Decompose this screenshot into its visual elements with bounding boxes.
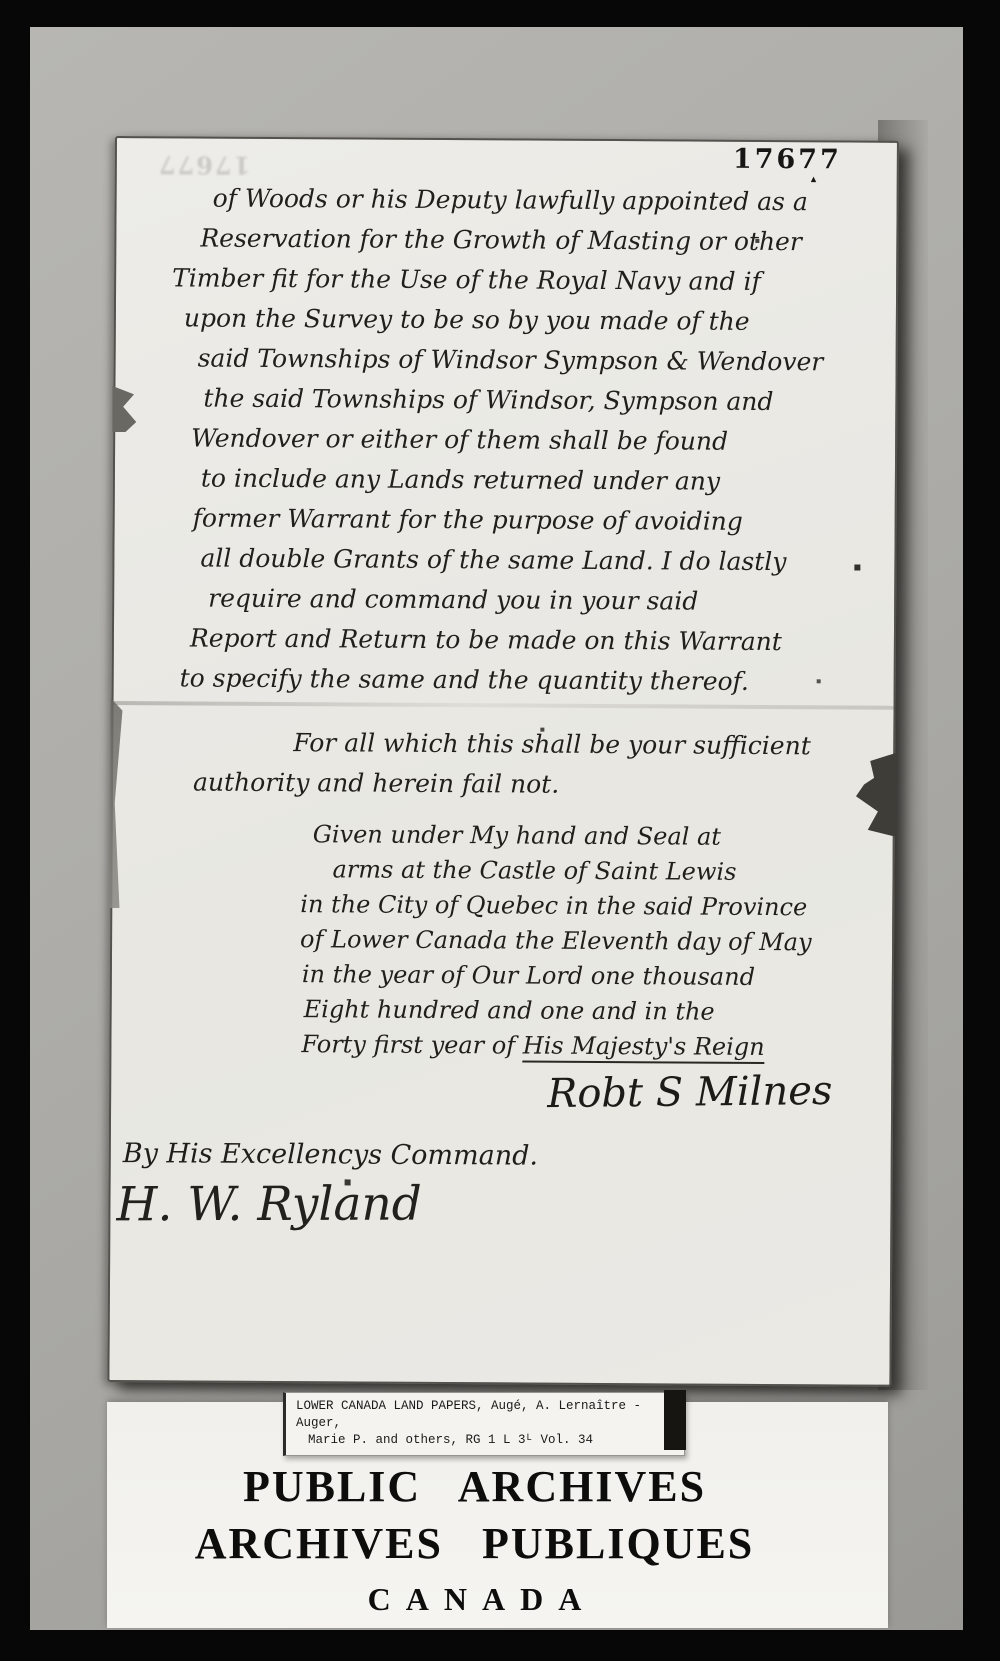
manuscript-page: 17677 17677 ▴ of Woods or his Deputy law… (107, 136, 899, 1387)
manuscript-closing-line: Forty first year of His Majesty's Reign (301, 1027, 861, 1065)
archival-photo: 17677 17677 ▴ of Woods or his Deputy law… (0, 0, 1000, 1661)
manuscript-line: in the City of Quebec in the said Provin… (300, 887, 862, 925)
governor-signature: Robt S Milnes (547, 1068, 833, 1117)
closing-prefix: Forty first year of (301, 1030, 522, 1059)
left-edge-tear (112, 386, 136, 432)
manuscript-line: said Townships of Windsor Sympson & Wend… (198, 339, 866, 383)
manuscript-line: the said Townships of Windsor, Sympson a… (203, 379, 865, 423)
ink-specks (117, 138, 119, 140)
command-line: By His Excellencys Command. (123, 1138, 538, 1172)
manuscript-line: in the year of Our Lord one thousand (302, 957, 862, 995)
manuscript-body: of Woods or his Deputy lawfully appointe… (193, 179, 866, 1066)
archives-title-en: PUBLIC ARCHIVES (107, 1458, 842, 1515)
manuscript-line: all double Grants of the same Land. I do… (200, 539, 864, 583)
catalog-label: LOWER CANADA LAND PAPERS, Augé, A. Lerna… (283, 1392, 685, 1456)
manuscript-line: Report and Return to be made on this War… (190, 618, 864, 662)
catalog-label-line: Marie P. and others, RG 1 L 3ᴸ Vol. 34 (296, 1432, 678, 1449)
manuscript-line: Timber fit for the Use of the Royal Navy… (172, 258, 866, 302)
catalog-label-line: LOWER CANADA LAND PAPERS, Augé, A. Lerna… (296, 1398, 678, 1432)
label-edge-mark (664, 1390, 686, 1450)
manuscript-line: arms at the Castle of Saint Lewis (332, 852, 862, 890)
manuscript-line: former Warrant for the purpose of avoidi… (193, 498, 865, 542)
manuscript-line: Eight hundred and one and in the (304, 992, 862, 1030)
manuscript-line: Given under My hand and Seal at (313, 817, 863, 855)
manuscript-line: to include any Lands returned under any (201, 459, 865, 503)
manuscript-line: of Lower Canada the Eleventh day of May (300, 922, 862, 960)
manuscript-line: of Woods or his Deputy lawfully appointe… (212, 179, 866, 223)
manuscript-line: For all which this shall be your suffici… (293, 723, 863, 766)
ink-offset-ghost-number: 17677 (157, 150, 251, 180)
manuscript-line: Wendover or either of them shall be foun… (191, 418, 865, 462)
manuscript-line: require and command you in your said (208, 579, 864, 623)
secretary-signature: H. W. Ryland (116, 1177, 422, 1233)
closing-underlined-text: His Majesty's Reign (523, 1032, 765, 1064)
manuscript-line: authority and herein fail not. (193, 762, 863, 806)
manuscript-line: to specify the same and the quantity the… (180, 658, 864, 702)
manuscript-line: Reservation for the Growth of Masting or… (200, 219, 866, 263)
manuscript-line: upon the Survey to be so by you made of … (184, 298, 866, 342)
archives-title-fr: ARCHIVES PUBLIQUES (107, 1515, 842, 1572)
archives-country: CANADA (107, 1572, 842, 1626)
folio-number: 17677 (733, 144, 842, 176)
left-edge-fold-tear (109, 698, 122, 908)
